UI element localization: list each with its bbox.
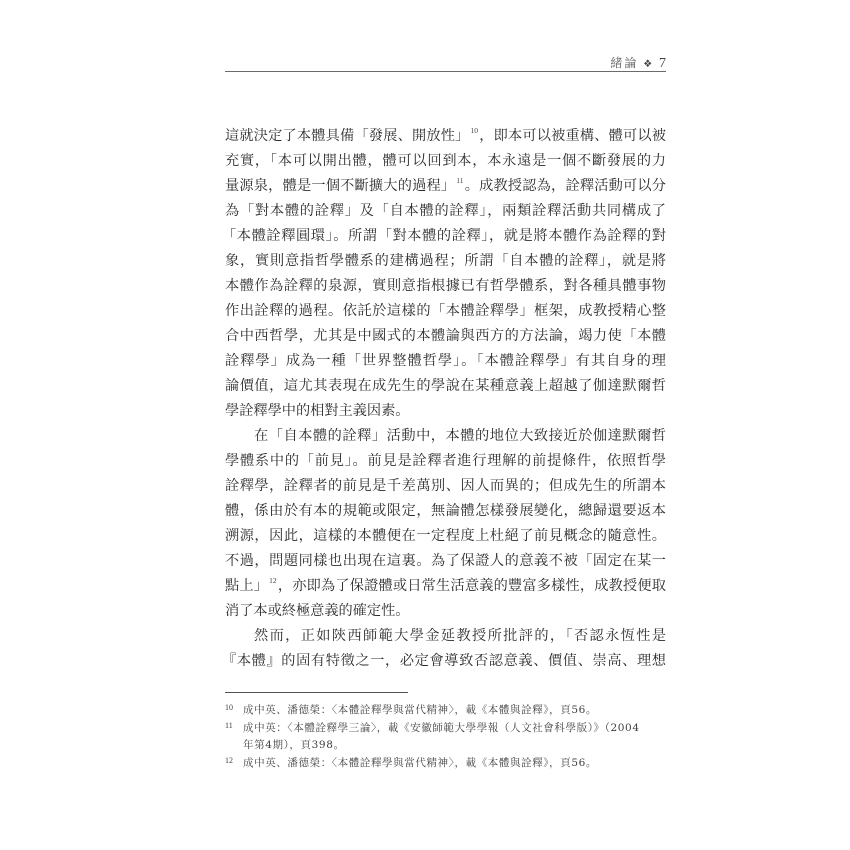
text-line: 然而，正如陝西師範大學金延教授所批評的，「否認永恆性是 [225, 624, 666, 649]
text-line: 充實，「本可以開出體，體可以回到本，本永遠是一個不斷發展的力 [225, 149, 666, 174]
text-line: 這就決定了本體具備「發展、開放性」10，即本可以被重構、體可以被 [225, 124, 666, 149]
text-line: 量源泉，體是一個不斷擴大的過程」11。成教授認為，詮釋活動可以分 [225, 174, 666, 199]
text-line: 學體系中的「前見」。前見是詮釋者進行理解的前提條件，依照哲學 [225, 449, 666, 474]
footnote-number: 10 [225, 699, 233, 717]
footnote-text: 成中英、潘德榮：〈本體詮釋學與當代精神〉，載《本體與詮釋》，頁56。 [243, 757, 597, 769]
footnote-11-continued: 年第4期），頁398。 [225, 737, 666, 755]
text-line: 溯源，因此，這樣的本體便在一定程度上杜絕了前見概念的隨意性。 [225, 524, 666, 549]
footnote-10: 10 成中英、潘德榮：〈本體詮釋學與當代精神〉，載《本體與詮釋》，頁56。 [225, 702, 666, 720]
text-segment: 。成教授認為，詮釋活動可以分 [465, 178, 666, 194]
footnote-text: 成中英：〈本體詮釋學三論〉，載《安徽師範大學學報（人文社會科學版）》（2004 [243, 722, 640, 734]
footnote-12: 12 成中英、潘德榮：〈本體詮釋學與當代精神〉，載《本體與詮釋》，頁56。 [225, 755, 666, 773]
paragraph: 這就決定了本體具備「發展、開放性」10，即本可以被重構、體可以被 充實，「本可以… [225, 124, 666, 424]
text-segment: ，亦即為了保證體或日常生活意義的豐富多樣性，成教授便取 [278, 578, 666, 594]
text-segment: 這就決定了本體具備「發展、開放性」 [225, 128, 470, 144]
footnotes: 10 成中英、潘德榮：〈本體詮釋學與當代精神〉，載《本體與詮釋》，頁56。 11… [225, 702, 666, 772]
footnote-ref[interactable]: 11 [456, 176, 463, 185]
diamond-ornament-icon: ❖ [643, 59, 652, 70]
text-segment: 量源泉，體是一個不斷擴大的過程」 [225, 178, 455, 194]
text-line: 為「對本體的詮釋」及「自本體的詮釋」，兩類詮釋活動共同構成了 [225, 199, 666, 224]
header-rule [225, 71, 666, 72]
text-line: 不過，問題同樣也出現在這裏。為了保證人的意義不被「固定在某一 [225, 549, 666, 574]
text-line: 學詮釋學中的相對主義因素。 [225, 399, 666, 424]
footnote-separator [225, 692, 408, 693]
text-line: 在「自本體的詮釋」活動中，本體的地位大致接近於伽達默爾哲 [225, 424, 666, 449]
footnote-number: 11 [225, 717, 233, 735]
text-line: 點上」12，亦即為了保證體或日常生活意義的豐富多樣性，成教授便取 [225, 574, 666, 599]
text-line: 合中西哲學，尤其是中國式的本體論與西方的方法論，竭力使「本體 [225, 324, 666, 349]
footnote-ref[interactable]: 10 [471, 126, 479, 135]
text-line: 詮釋學」成為一種「世界整體哲學」。「本體詮釋學」有其自身的理 [225, 349, 666, 374]
body-text: 這就決定了本體具備「發展、開放性」10，即本可以被重構、體可以被 充實，「本可以… [225, 124, 666, 674]
text-line: 作出詮釋的過程。依託於這樣的「本體詮釋學」框架，成教授精心整 [225, 299, 666, 324]
text-line: 論價值，這尤其表現在成先生的學說在某種意義上超越了伽達默爾哲 [225, 374, 666, 399]
chapter-title: 緒論 [610, 56, 638, 70]
page-number: 7 [659, 56, 666, 71]
text-line: 消了本或終極意義的確定性。 [225, 599, 666, 624]
footnote-text: 年第4期），頁398。 [243, 739, 345, 751]
text-line: 本體作為詮釋的泉源，實則意指根據已有哲學體系，對各種具體事物 [225, 274, 666, 299]
paragraph: 在「自本體的詮釋」活動中，本體的地位大致接近於伽達默爾哲 學體系中的「前見」。前… [225, 424, 666, 624]
paragraph: 然而，正如陝西師範大學金延教授所批評的，「否認永恆性是 『本體』的固有特徵之一，… [225, 624, 666, 674]
footnote-text: 成中英、潘德榮：〈本體詮釋學與當代精神〉，載《本體與詮釋》，頁56。 [243, 704, 597, 716]
text-line: 詮釋學，詮釋者的前見是千差萬別、因人而異的；但成先生的所謂本 [225, 474, 666, 499]
book-page: 緒論 ❖ 7 這就決定了本體具備「發展、開放性」10，即本可以被重構、體可以被 … [0, 0, 850, 850]
text-segment: 點上」 [225, 578, 268, 594]
text-line: 『本體』的固有特徵之一，必定會導致否認意義、價值、崇高、理想 [222, 649, 666, 674]
footnote-number: 12 [225, 752, 233, 770]
text-line: 體，係由於有本的規範或限定，無論體怎樣發展變化，總歸還要返本 [225, 499, 666, 524]
running-header: 緒論 ❖ 7 [225, 55, 666, 71]
footnote-ref[interactable]: 12 [269, 576, 277, 585]
text-segment: ，即本可以被重構、體可以被 [479, 128, 666, 144]
text-line: 象，實則意指哲學體系的建構過程；所謂「自本體的詮釋」，就是將 [225, 249, 666, 274]
footnote-11: 11 成中英：〈本體詮釋學三論〉，載《安徽師範大學學報（人文社會科學版）》（20… [225, 720, 666, 738]
text-line: 「本體詮釋圓環」。所謂「對本體的詮釋」，就是將本體作為詮釋的對 [222, 224, 666, 249]
